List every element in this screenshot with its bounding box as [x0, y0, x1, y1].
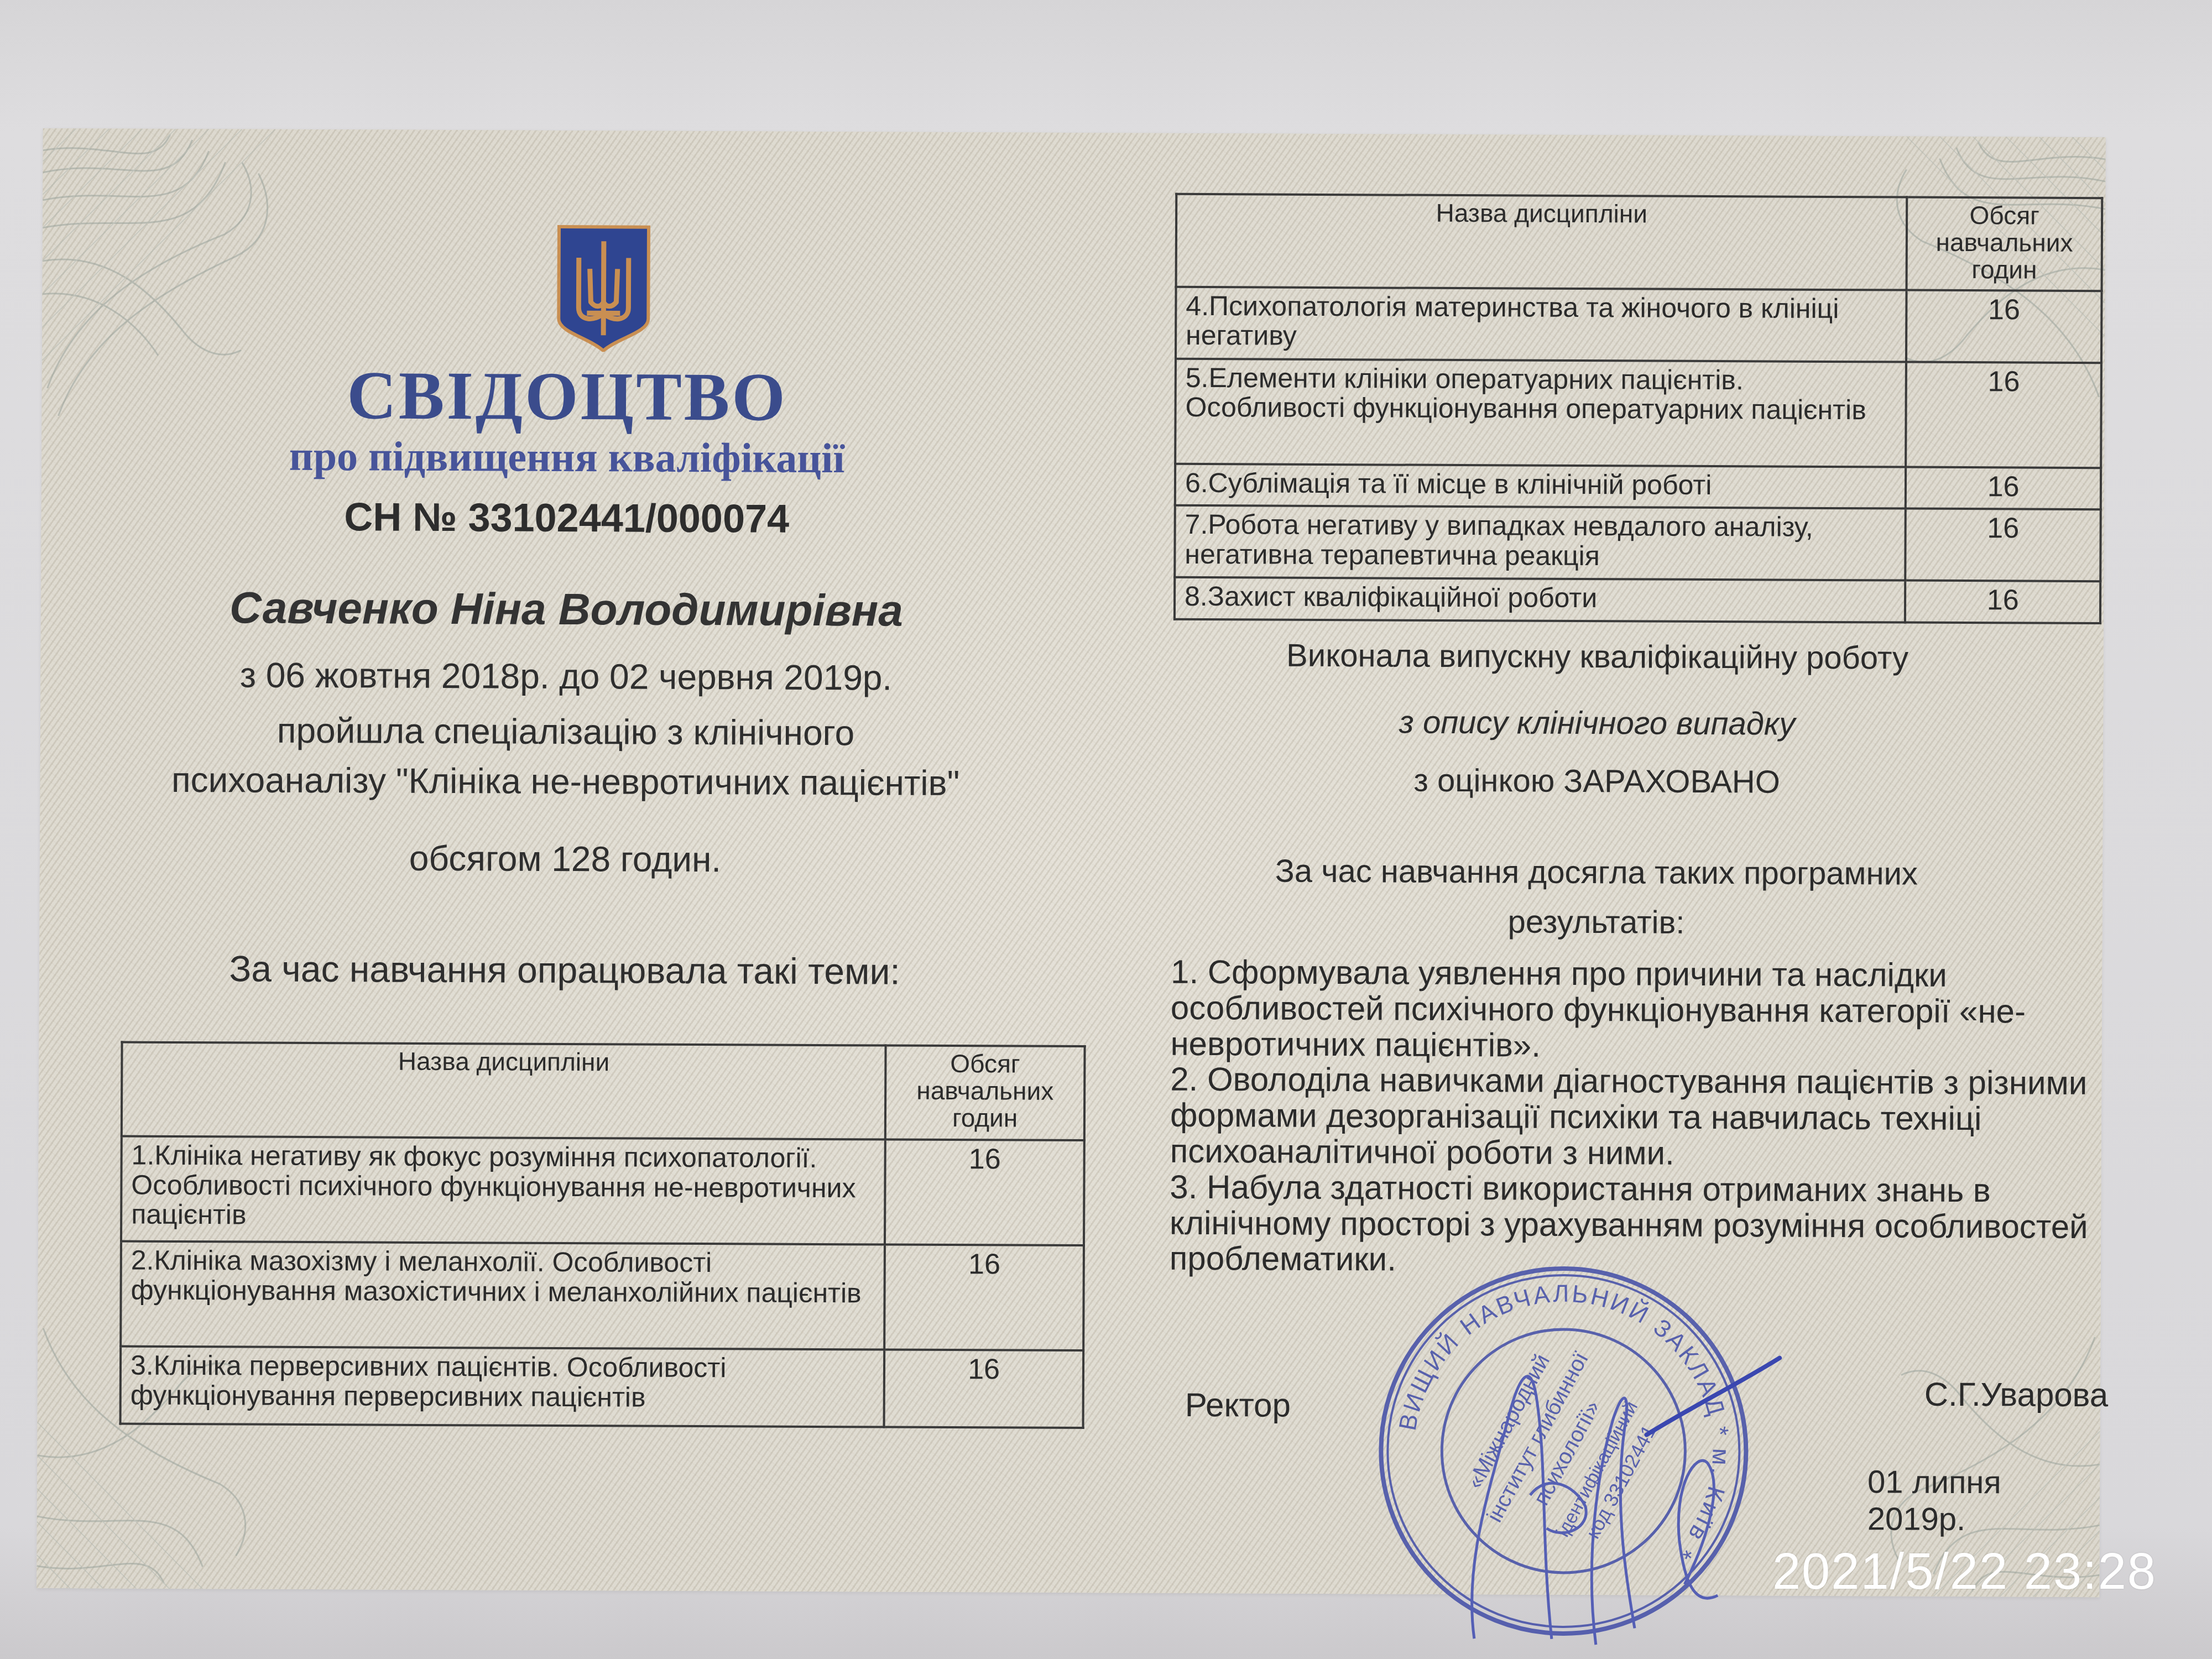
final-work-line: Виконала випускну кваліфікаційну роботу	[1091, 636, 2103, 677]
discipline-name: 7.Робота негативу у випадках невдалого а…	[1175, 505, 1906, 581]
disciplines-table-right: Назва дисципліни Обсяг навчальних годин …	[1173, 193, 2103, 624]
header-hours-line: годин	[1917, 256, 2092, 284]
final-work-topic: з опису клінічного випадку	[1091, 702, 2103, 744]
rector-label: Ректор	[1185, 1386, 1291, 1425]
discipline-name: 2.Клініка мазохізму і меланхолії. Особли…	[121, 1241, 885, 1350]
table-row: 3.Клініка перверсивних пацієнтів. Особли…	[121, 1347, 1084, 1428]
specialization-line-2: психоаналізу "Клініка не-невротичних пац…	[40, 759, 1091, 804]
final-work-grade: з оцінкою ЗАРАХОВАНО	[1091, 760, 2103, 802]
table-row: 6.Сублімація та її місце в клінічній роб…	[1175, 463, 2101, 509]
program-results-list: 1. Сформувала уявлення про причини та на…	[1170, 954, 2111, 1281]
discipline-hours: 16	[1906, 290, 2101, 363]
photo-timestamp: 2021/5/22 23:28	[1772, 1543, 2157, 1601]
rector-name: С.Г.Уварова	[1924, 1375, 2109, 1414]
header-hours-line: навчальних	[895, 1077, 1074, 1105]
discipline-hours: 16	[1906, 362, 2101, 468]
header-hours-line: Обсяг	[896, 1050, 1075, 1078]
results-heading-line-1: За час навчання досягла таких програмних	[1091, 852, 2103, 893]
discipline-hours: 16	[1906, 467, 2101, 509]
table-row: 4.Психопатологія материнства та жіночого…	[1176, 286, 2102, 362]
table-row: 2.Клініка мазохізму і меланхолії. Особли…	[121, 1241, 1084, 1351]
discipline-name: 4.Психопатологія материнства та жіночого…	[1176, 286, 1907, 362]
discipline-hours: 16	[884, 1245, 1084, 1351]
discipline-hours: 16	[884, 1350, 1083, 1428]
certificate-paper: СВІДОЦТВО про підвищення кваліфікації СН…	[36, 128, 2105, 1597]
discipline-name: 6.Сублімація та її місце в клінічній роб…	[1175, 463, 1906, 508]
header-hours: Обсяг навчальних годин	[1907, 197, 2102, 291]
document-subtitle: про підвищення кваліфікації	[41, 431, 1092, 484]
total-volume: обсягом 128 годин.	[40, 836, 1091, 881]
table-header-row: Назва дисципліни Обсяг навчальних годин	[1176, 194, 2103, 291]
disciplines-table-left: Назва дисципліни Обсяг навчальних годин …	[119, 1041, 1086, 1430]
left-page: СВІДОЦТВО про підвищення кваліфікації СН…	[36, 128, 1094, 1593]
discipline-name: 3.Клініка перверсивних пацієнтів. Особли…	[121, 1347, 885, 1427]
certificate-number: СН № 33102441/000074	[41, 493, 1092, 543]
result-item: 2. Оволоділа навичками діагностування па…	[1170, 1062, 2111, 1173]
header-hours-line: годин	[895, 1104, 1074, 1133]
discipline-hours: 16	[1905, 581, 2100, 623]
header-discipline-name: Назва дисципліни	[122, 1042, 886, 1140]
holder-name: Савченко Ніна Володимирівна	[41, 582, 1092, 637]
study-period: з 06 жовтня 2018р. до 02 червня 2019р.	[40, 654, 1091, 699]
header-discipline-name: Назва дисципліни	[1176, 194, 1907, 290]
result-item: 1. Сформувала уявлення про причини та на…	[1170, 954, 2111, 1066]
document-title: СВІДОЦТВО	[41, 355, 1093, 438]
table-header-row: Назва дисципліни Обсяг навчальних годин	[122, 1042, 1085, 1141]
discipline-name: 5.Елементи клініки оператуарних пацієнті…	[1175, 358, 1906, 467]
discipline-name: 1.Клініка негативу як фокус розуміння пс…	[121, 1136, 885, 1245]
discipline-hours: 16	[1906, 509, 2101, 582]
topics-heading: За час навчання опрацювала такі теми:	[39, 947, 1090, 993]
ukraine-coat-of-arms-icon	[556, 225, 651, 352]
header-hours-line: Обсяг	[1917, 202, 2092, 230]
table-row: 1.Клініка негативу як фокус розуміння пс…	[121, 1136, 1084, 1246]
header-hours-line: навчальних	[1917, 229, 2092, 257]
discipline-name: 8.Захист кваліфікаційної роботи	[1175, 577, 1906, 622]
table-row: 5.Елементи клініки оператуарних пацієнті…	[1175, 358, 2101, 467]
specialization-line-1: пройшла спеціалізацію з клінічного	[40, 709, 1091, 754]
header-hours: Обсяг навчальних годин	[885, 1046, 1084, 1141]
table-row: 7.Робота негативу у випадках невдалого а…	[1175, 505, 2101, 581]
results-heading-line-2: результатів:	[1090, 901, 2102, 943]
table-row: 8.Захист кваліфікаційної роботи 16	[1175, 577, 2100, 623]
discipline-hours: 16	[885, 1140, 1084, 1246]
